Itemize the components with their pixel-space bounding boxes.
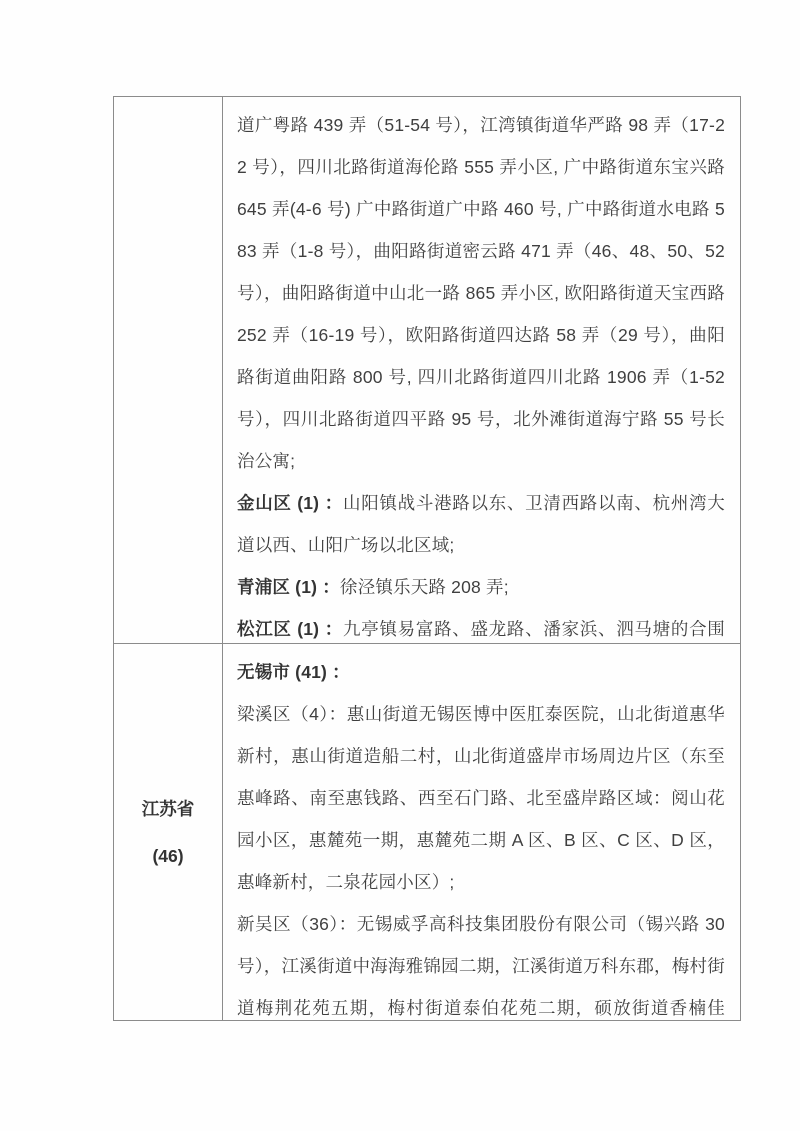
details-cell: 无锡市 (41) ： 梁溪区（4）：惠山街道无锡医博中医肛泰医院，山北街道惠华新… <box>223 644 740 1020</box>
district-text: 徐泾镇乐天路 208 弄; <box>340 577 509 597</box>
paragraph-address-list: 道广粤路 439 弄（51-54 号），江湾镇街道华严路 98 弄（17-22 … <box>237 104 725 482</box>
province-cell-jiangsu: 江苏省 (46) <box>114 644 223 1020</box>
paragraph-wuxi-header: 无锡市 (41) ： <box>237 651 725 693</box>
district-label: 松江区 (1) ： <box>237 619 343 639</box>
province-count: (46) <box>152 835 183 877</box>
province-name: 江苏省 <box>142 788 195 830</box>
city-label: 无锡市 (41) ： <box>237 662 350 682</box>
document-page: 道广粤路 439 弄（51-54 号），江湾镇街道华严路 98 弄（17-22 … <box>0 0 800 1131</box>
paragraph-songjiang: 松江区 (1) ：九亭镇易富路、盛龙路、潘家浜、泗马塘的合围区（其中同利路 19… <box>237 608 725 643</box>
paragraph-xinwu: 新吴区（36）：无锡威孚高科技集团股份有限公司（锡兴路 30 号），江溪街道中海… <box>237 903 725 1020</box>
table-row: 江苏省 (46) 无锡市 (41) ： 梁溪区（4）：惠山街道无锡医博中医肛泰医… <box>114 643 740 1020</box>
province-cell-empty <box>114 97 223 643</box>
district-text: 梁溪区（4）：惠山街道无锡医博中医肛泰医院，山北街道惠华新村，惠山街道造船二村，… <box>237 704 725 892</box>
district-label: 青浦区 (1) ： <box>237 577 340 597</box>
details-cell: 道广粤路 439 弄（51-54 号），江湾镇街道华严路 98 弄（17-22 … <box>223 97 740 643</box>
district-text: 新吴区（36）：无锡威孚高科技集团股份有限公司（锡兴路 30 号），江溪街道中海… <box>237 914 725 1020</box>
table-row: 道广粤路 439 弄（51-54 号），江湾镇街道华严路 98 弄（17-22 … <box>114 97 740 643</box>
paragraph-qingpu: 青浦区 (1) ：徐泾镇乐天路 208 弄; <box>237 566 725 608</box>
paragraph-liangxi: 梁溪区（4）：惠山街道无锡医博中医肛泰医院，山北街道惠华新村，惠山街道造船二村，… <box>237 693 725 903</box>
risk-area-table: 道广粤路 439 弄（51-54 号），江湾镇街道华严路 98 弄（17-22 … <box>113 96 741 1021</box>
district-label: 金山区 (1) ： <box>237 493 343 513</box>
address-text: 道广粤路 439 弄（51-54 号），江湾镇街道华严路 98 弄（17-22 … <box>237 115 725 471</box>
paragraph-jinshan: 金山区 (1) ：山阳镇战斗港路以东、卫清西路以南、杭州湾大道以西、山阳广场以北… <box>237 482 725 566</box>
